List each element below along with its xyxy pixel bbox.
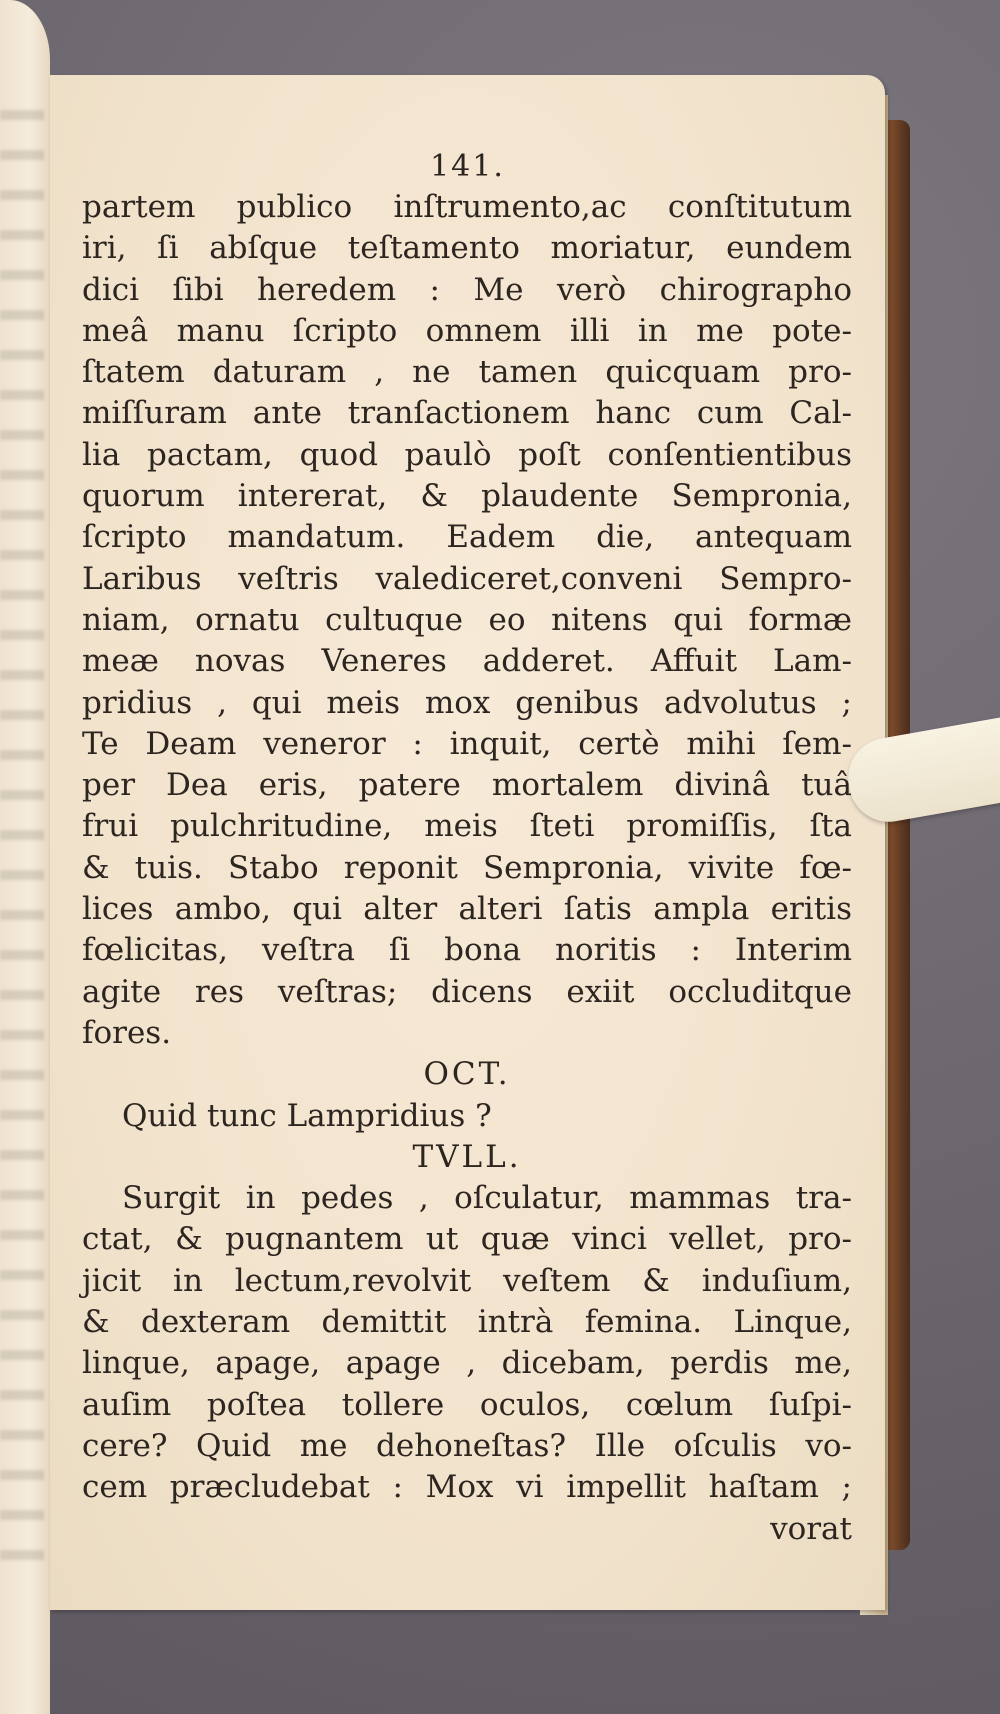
text-line: lices ambo, qui alter alteri ſatis ampla… xyxy=(82,889,852,930)
text-line: frui pulchritudine, meis ſteti promiſſis… xyxy=(82,806,852,847)
text-line: meæ novas Veneres adderet. Affuit Lam- xyxy=(82,641,852,682)
text-line: agite res veſtras; dicens exiit occludit… xyxy=(82,972,852,1013)
page-text: partem publico inſtrumento,ac conſtitutu… xyxy=(82,187,852,1550)
speaker-heading: OCT. xyxy=(82,1054,852,1095)
text-line: & dexteram demittit intrà femina. Linque… xyxy=(82,1302,852,1343)
text-line: niam, ornatu cultuque eo nitens qui form… xyxy=(82,600,852,641)
text-line: fœlicitas, veſtra ſi bona noritis : Inte… xyxy=(82,930,852,971)
text-line: Te Deam veneror : inquit, certè mihi ſem… xyxy=(82,724,852,765)
text-line: cere? Quid me dehoneſtas? Ille oſculis v… xyxy=(82,1426,852,1467)
text-line: iri, ſi abſque teſtamento moriatur, eund… xyxy=(82,228,852,269)
text-line: cem præcludebat : Mox vi impellit haſtam… xyxy=(82,1467,852,1508)
dialogue-question: Quid tunc Lampridius ? xyxy=(82,1096,852,1137)
text-line: dici ſibi heredem : Me verò chirographo xyxy=(82,270,852,311)
facing-page-blurred-text xyxy=(0,110,44,1590)
text-line: ctat, & pugnantem ut quæ vinci vellet, p… xyxy=(82,1219,852,1260)
text-line: auſim poſtea tollere oculos, cœlum ſuſpi… xyxy=(82,1385,852,1426)
text-line: & tuis. Stabo reponit Sempronia, vivite … xyxy=(82,848,852,889)
text-line: partem publico inſtrumento,ac conſtitutu… xyxy=(82,187,852,228)
page-number: 141. xyxy=(50,149,885,184)
text-line: Surgit in pedes , oſculatur, mammas tra- xyxy=(82,1178,852,1219)
text-line: jicit in lectum,revolvit veſtem & induſi… xyxy=(82,1261,852,1302)
catchword: vorat xyxy=(82,1509,852,1550)
text-line: fores. xyxy=(82,1013,852,1054)
book-page: 141. partem publico inſtrumento,ac conſt… xyxy=(50,75,885,1610)
text-line: miſſuram ante tranſactionem hanc cum Cal… xyxy=(82,393,852,434)
text-line: ſcripto mandatum. Eadem die, antequam xyxy=(82,517,852,558)
text-line: Laribus veſtris valediceret,conveni Semp… xyxy=(82,559,852,600)
text-line: pridius , qui meis mox genibus advolutus… xyxy=(82,683,852,724)
facing-page-edge xyxy=(0,0,50,1714)
text-line: ſtatem daturam , ne tamen quicquam pro- xyxy=(82,352,852,393)
speaker-heading: TVLL. xyxy=(82,1137,852,1178)
text-line: quorum intererat, & plaudente Sempronia, xyxy=(82,476,852,517)
text-line: per Dea eris, patere mortalem divinâ tuâ xyxy=(82,765,852,806)
text-line: linque, apage, apage , dicebam, perdis m… xyxy=(82,1343,852,1384)
text-line: lia pactam, quod paulò poſt conſentienti… xyxy=(82,435,852,476)
text-line: meâ manu ſcripto omnem illi in me pote- xyxy=(82,311,852,352)
